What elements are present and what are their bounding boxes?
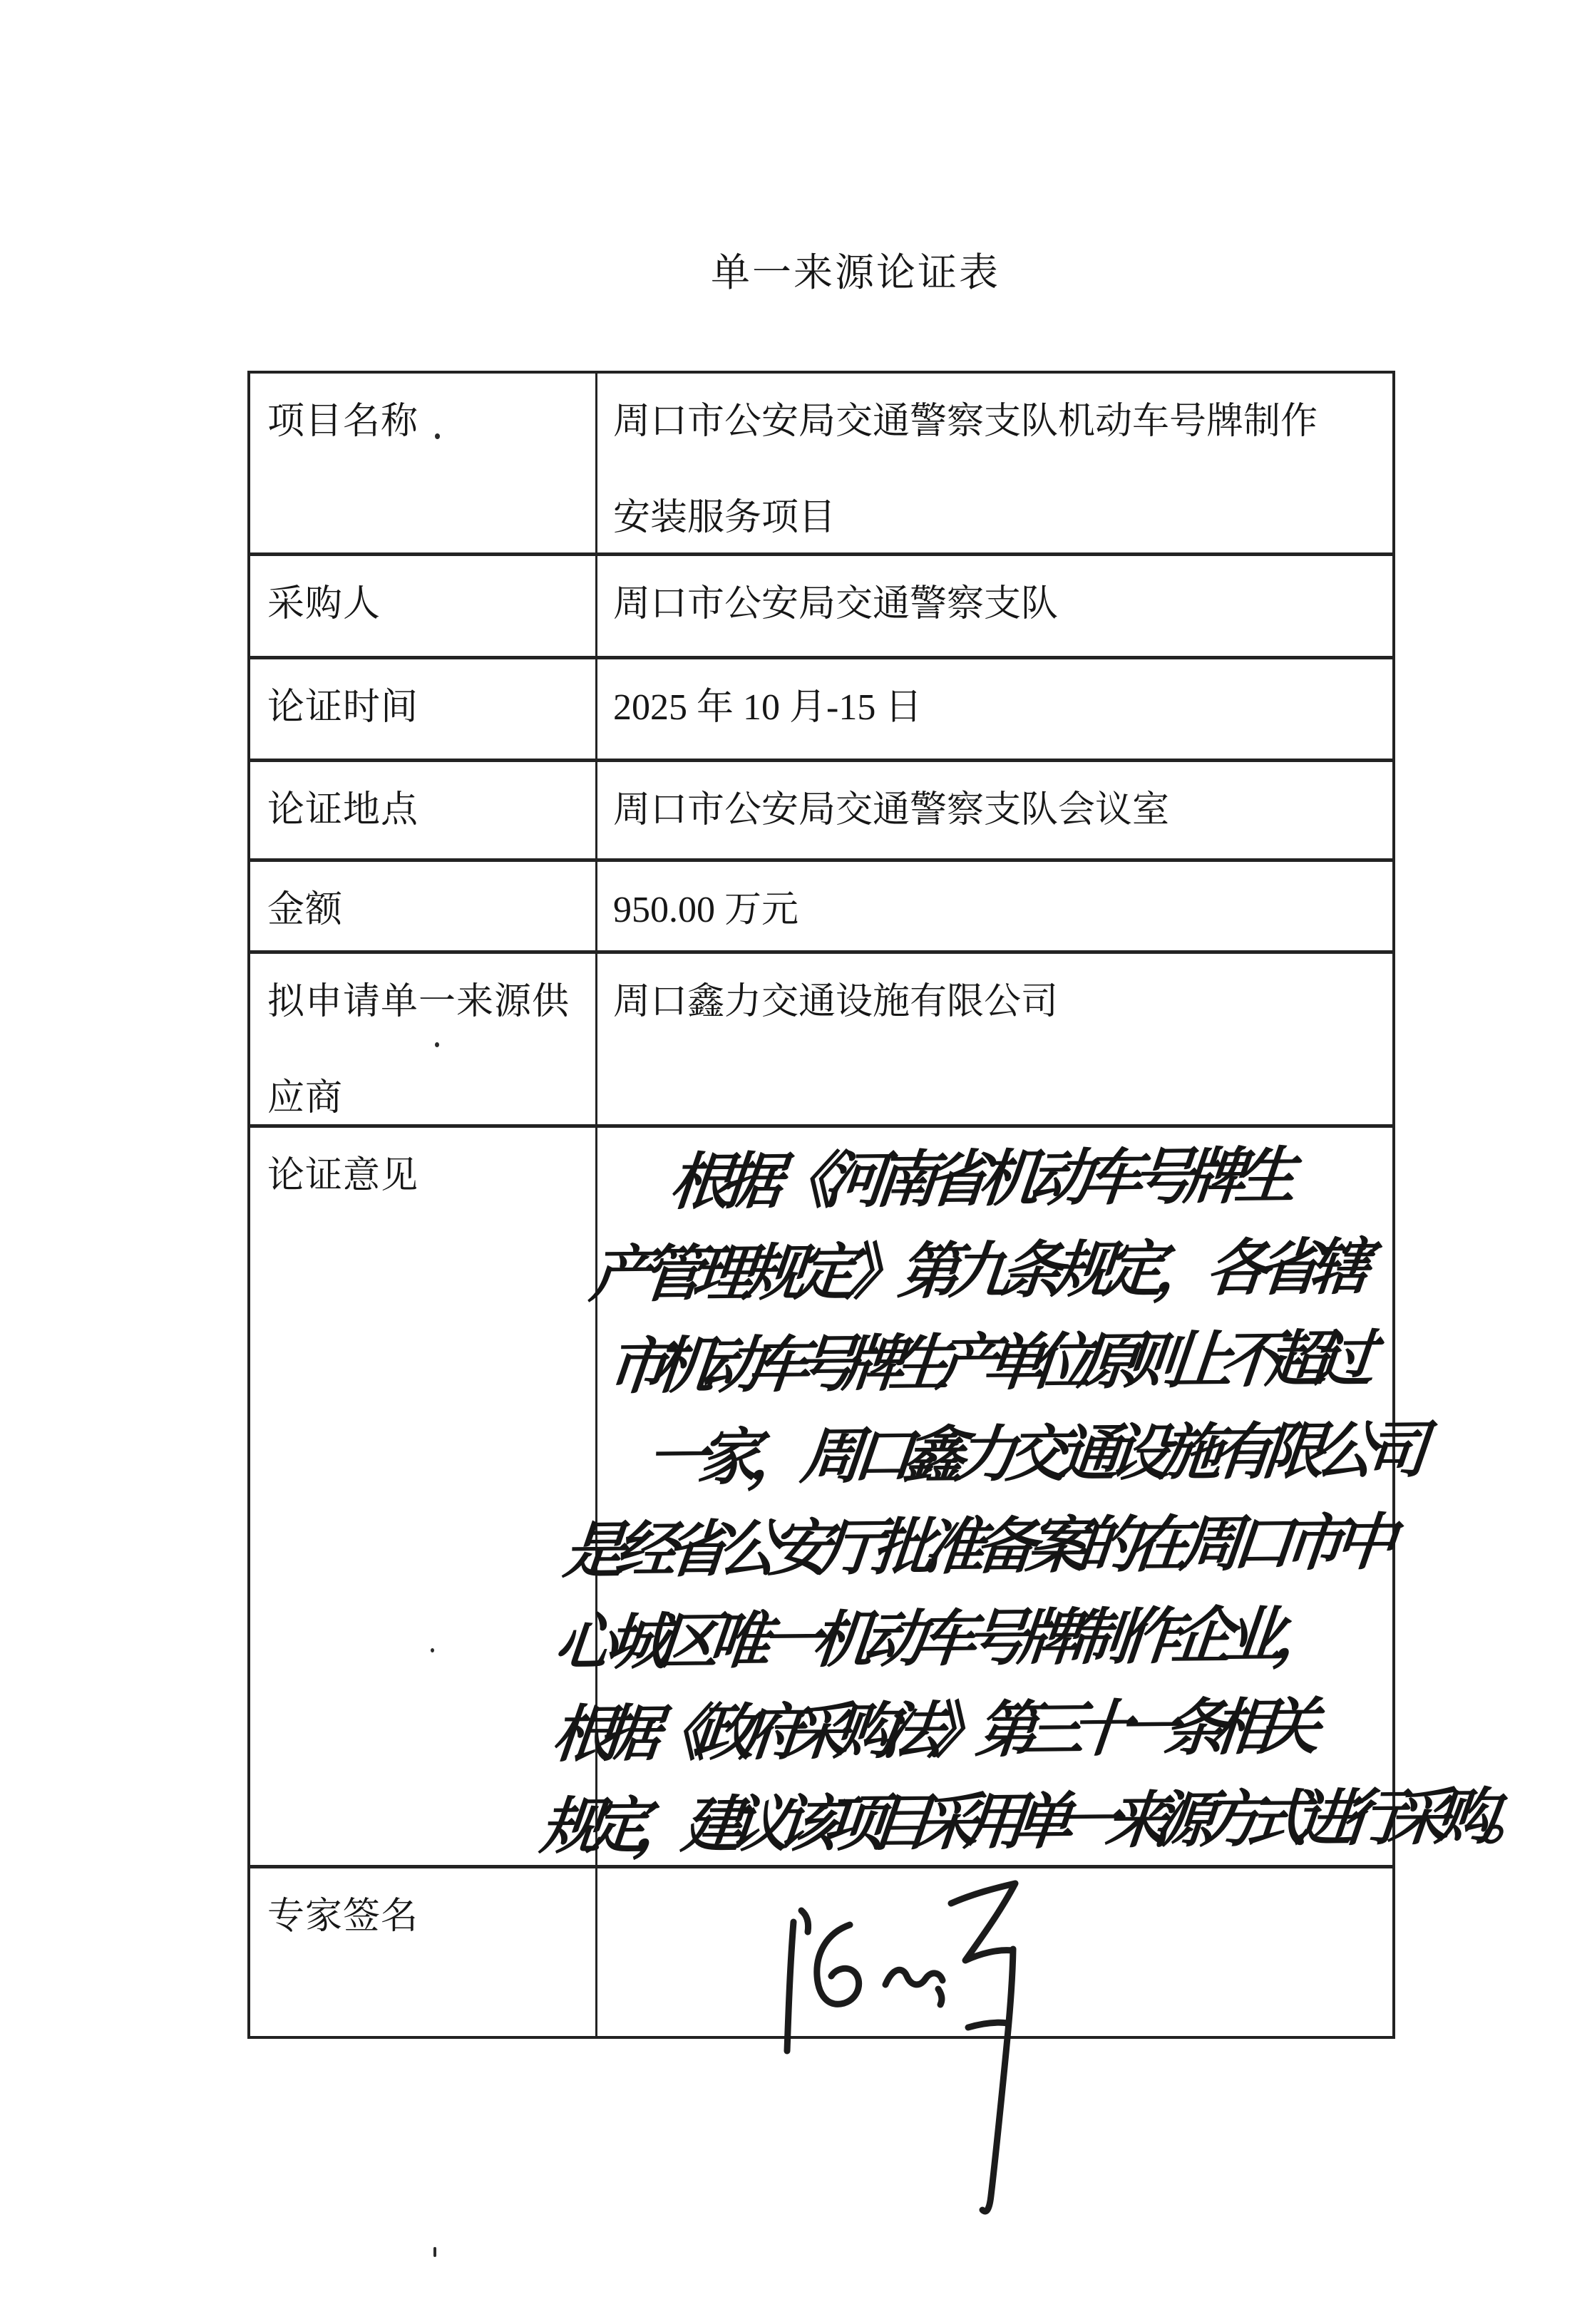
justification-form-table: 项目名称 周口市公安局交通警察支队机动车号牌制作安装服务项目 采购人 周口市公安…	[247, 371, 1395, 2039]
scan-speck	[435, 1042, 439, 1047]
row-value-expert-signature	[595, 1868, 1392, 2036]
row-value-review-location: 周口市公安局交通警察支队会议室	[595, 762, 1392, 862]
handwritten-line: 根据《河南省机动车号牌生	[666, 1129, 1395, 1229]
row-value-proposed-supplier: 周口鑫力交通设施有限公司	[595, 954, 1392, 1128]
row-value-project-name: 周口市公安局交通警察支队机动车号牌制作安装服务项目	[595, 374, 1392, 556]
row-value-amount: 950.00 万元	[595, 862, 1392, 954]
handwritten-line: 产管理规定》第九条规定，各省辖	[586, 1221, 1387, 1322]
handwritten-line: 一家，周口鑫力交通设施有限公司	[642, 1405, 1369, 1505]
row-label-amount: 金额	[250, 862, 595, 954]
handwritten-opinion: 根据《河南省机动车号牌生 产管理规定》第九条规定，各省辖 市机动车号牌生产单位原…	[533, 1129, 1395, 1873]
row-value-purchaser: 周口市公安局交通警察支队	[595, 556, 1392, 659]
scanned-document-page: 单一来源论证表 项目名称 周口市公安局交通警察支队机动车号牌制作安装服务项目 采…	[0, 0, 1587, 2324]
row-label-review-location: 论证地点	[250, 762, 595, 862]
handwritten-line: 规定，建议该项目采用单一来源方式进行采购。	[536, 1773, 1334, 1873]
row-value-review-time: 2025 年 10 月-15 日	[595, 659, 1392, 762]
row-value-review-opinion: 根据《河南省机动车号牌生 产管理规定》第九条规定，各省辖 市机动车号牌生产单位原…	[595, 1128, 1392, 1868]
row-label-purchaser: 采购人	[250, 556, 595, 659]
page-title: 单一来源论证表	[711, 241, 1000, 297]
handwritten-line: 根据《政府采购法》第三十一条相关	[548, 1681, 1343, 1781]
row-label-expert-signature: 专家签名	[250, 1868, 595, 2036]
row-label-review-time: 论证时间	[250, 659, 595, 762]
row-label-proposed-supplier: 拟申请单一来源供应商	[250, 954, 595, 1128]
scan-speck	[433, 2247, 436, 2257]
row-label-project-name: 项目名称	[250, 374, 595, 556]
handwritten-line: 市机动车号牌生产单位原则上不超过	[602, 1313, 1377, 1413]
scan-speck	[435, 433, 440, 439]
handwritten-line: 是经省公安厅批准备案的在周口市中	[560, 1497, 1360, 1598]
handwritten-line: 心城区唯一机动车号牌制作企业，	[551, 1589, 1352, 1690]
scan-speck	[431, 1648, 434, 1652]
row-label-review-opinion: 论证意见	[250, 1128, 595, 1868]
